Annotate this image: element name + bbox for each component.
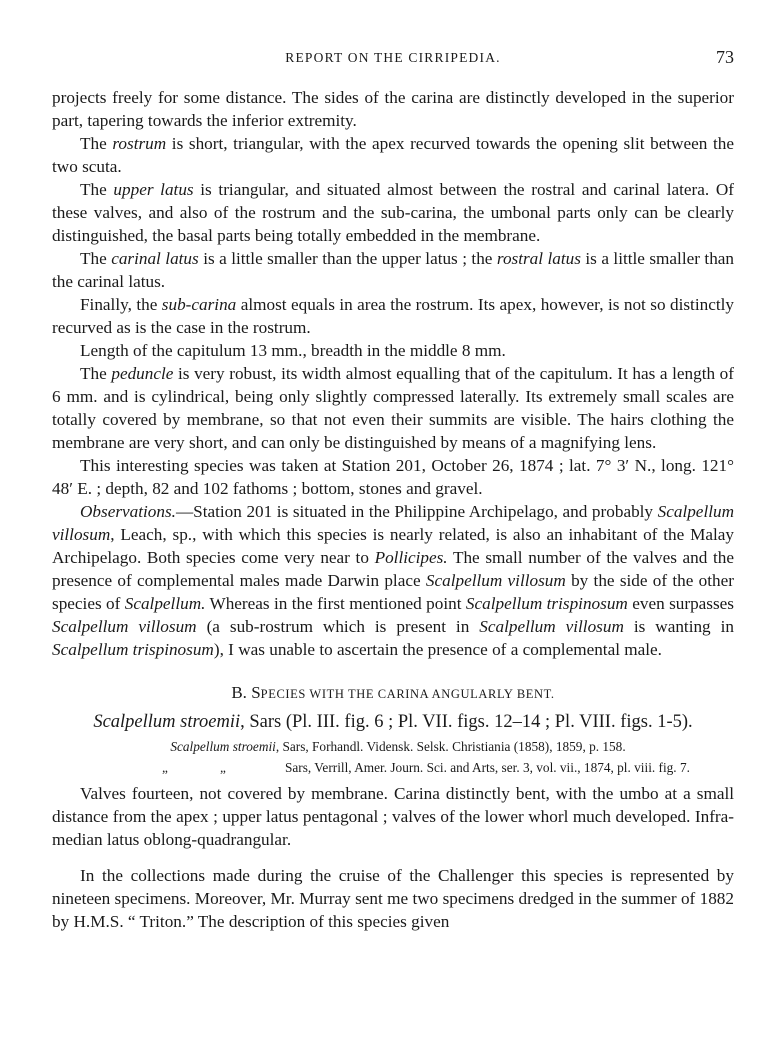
term-carinal-latus: carinal latus <box>111 249 199 268</box>
paragraph-sub-carina: Finally, the sub-carina almost equals in… <box>52 293 734 339</box>
term-sub-carina: sub-carina <box>162 295 236 314</box>
taxon: Scalpellum. <box>125 594 206 613</box>
taxon: Scalpellum villosum <box>52 617 197 636</box>
ditto-mark: „ <box>220 757 226 778</box>
paragraph-capitulum-size: Length of the capitulum 13 mm., breadth … <box>52 339 734 362</box>
text: —Station 201 is situated in the Philippi… <box>176 502 658 521</box>
text: The <box>80 364 111 383</box>
synonymy-entry: „„Sars, Verrill, Amer. Journ. Sci. and A… <box>52 757 734 778</box>
text: is wanting in <box>624 617 734 636</box>
paragraph-carinal-latus: The carinal latus is a little smaller th… <box>52 247 734 293</box>
section-initial: S <box>251 683 260 702</box>
paragraph-continuation: projects freely for some distance. The s… <box>52 86 734 132</box>
term-peduncle: peduncle <box>111 364 173 383</box>
species-name: Scalpellum stroemii <box>93 712 240 732</box>
synonym-reference: Sars, Verrill, Amer. Journ. Sci. and Art… <box>285 760 690 775</box>
paragraph-rostrum: The rostrum is short, triangular, with t… <box>52 132 734 178</box>
paragraph-collections: In the collections made during the cruis… <box>52 864 734 933</box>
synonym-reference: , Sars, Forhandl. Vidensk. Selsk. Christ… <box>276 739 626 754</box>
taxon: Scalpellum trispinosum <box>52 640 214 659</box>
text: (a sub-rostrum which is present in <box>197 617 480 636</box>
text: The <box>80 249 111 268</box>
body-text: projects freely for some distance. The s… <box>52 86 734 933</box>
paragraph-station: This interesting species was taken at St… <box>52 454 734 500</box>
paragraph-observations: Observations.—Station 201 is situated in… <box>52 500 734 661</box>
synonymy-entry: Scalpellum stroemii, Sars, Forhandl. Vid… <box>52 736 734 757</box>
species-heading: Scalpellum stroemii, Sars (Pl. III. fig.… <box>52 708 734 736</box>
text: The <box>80 180 113 199</box>
section-letter: B. <box>231 683 251 702</box>
taxon: Scalpellum villosum <box>479 617 624 636</box>
ditto-mark: „ <box>162 757 168 778</box>
text: Whereas in the first mentioned point <box>205 594 465 613</box>
paragraph-peduncle: The peduncle is very robust, its width a… <box>52 362 734 454</box>
taxon: Scalpellum trispinosum <box>466 594 628 613</box>
term-upper-latus: upper latus <box>113 180 193 199</box>
running-head: REPORT ON THE CIRRIPEDIA. 73 <box>52 46 734 68</box>
species-plates: , Sars (Pl. III. fig. 6 ; Pl. VII. figs.… <box>240 712 693 732</box>
running-title: REPORT ON THE CIRRIPEDIA. <box>52 50 734 66</box>
paragraph-upper-latus: The upper latus is triangular, and situa… <box>52 178 734 247</box>
synonym-name: Scalpellum stroemii <box>170 739 276 754</box>
text: ), I was unable to ascertain the presenc… <box>214 640 662 659</box>
section-heading: B. Species with the carina angularly ben… <box>52 681 734 706</box>
term-rostrum: rostrum <box>112 134 166 153</box>
text: Finally, the <box>80 295 162 314</box>
taxon: Scalpellum villosum <box>426 571 566 590</box>
taxon: Pollicipes. <box>375 548 448 567</box>
observations-label: Observations. <box>80 502 176 521</box>
paragraph-diagnosis: Valves fourteen, not covered by membrane… <box>52 782 734 851</box>
section-title: pecies with the carina angularly bent. <box>261 687 555 701</box>
text: The <box>80 134 112 153</box>
page-number: 73 <box>716 47 734 68</box>
text: is a little smaller than the upper latus… <box>199 249 497 268</box>
text: even surpasses <box>628 594 734 613</box>
term-rostral-latus: rostral latus <box>497 249 581 268</box>
